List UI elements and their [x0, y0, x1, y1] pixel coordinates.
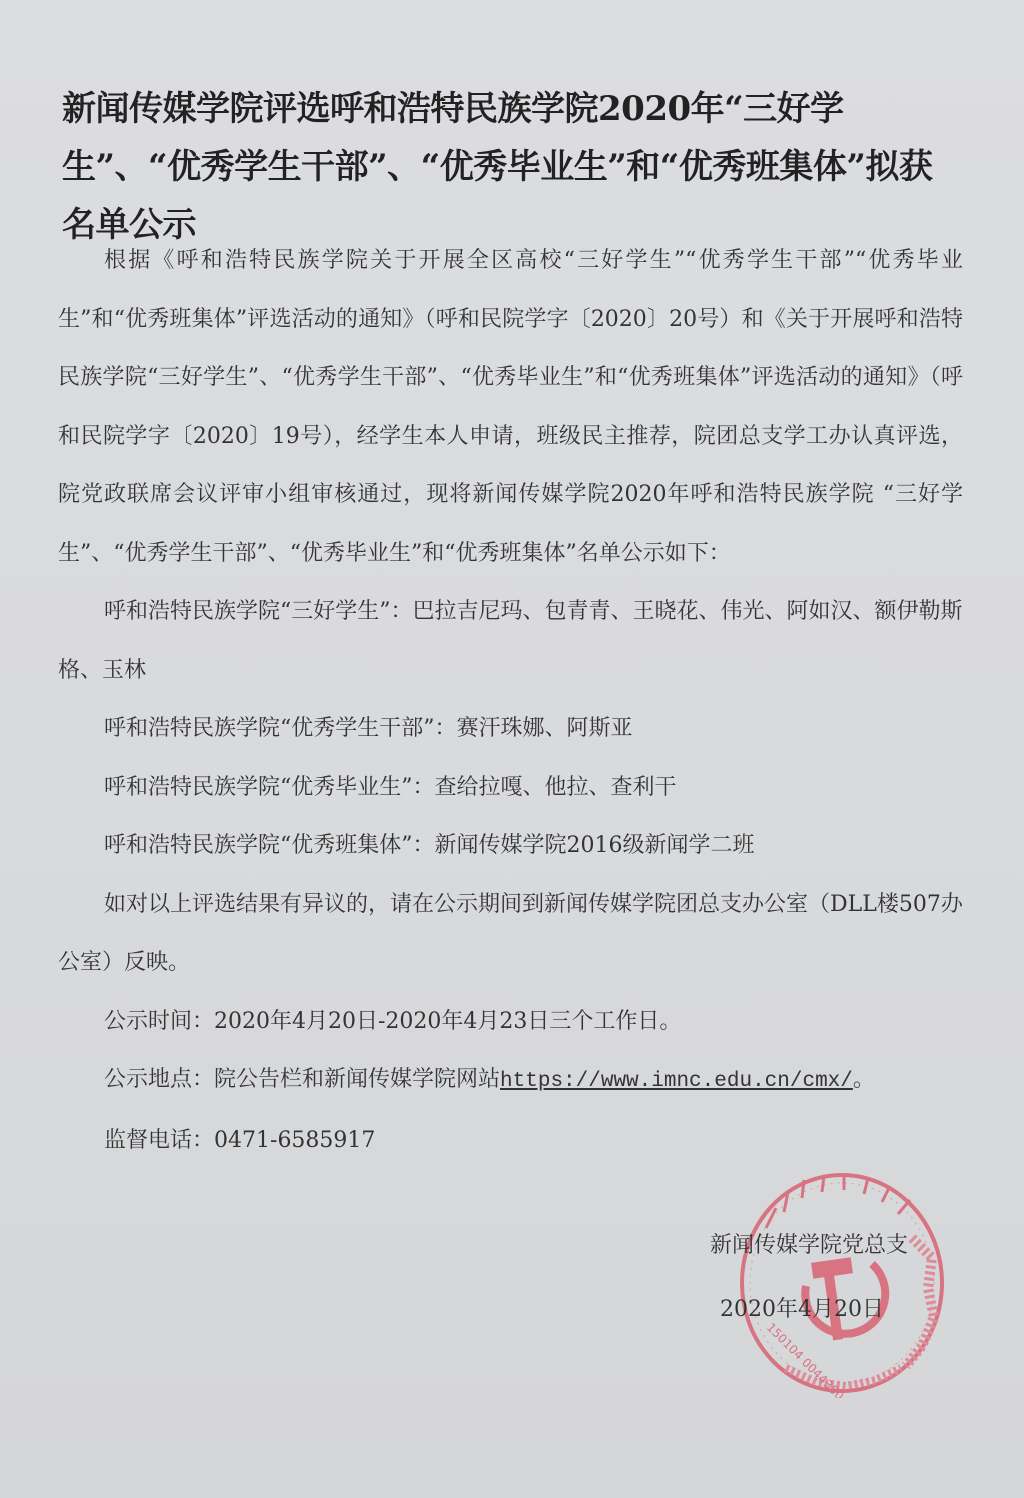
award-category: 呼和浩特民族学院“优秀学生干部”：: [104, 716, 457, 741]
phone-value: 0471-6585917: [214, 1128, 375, 1153]
document-title: 新闻传媒学院评选呼和浩特民族学院2020年“三好学生”、“优秀学生干部”、“优秀…: [62, 80, 962, 254]
award-list-outstanding-cadres: 呼和浩特民族学院“优秀学生干部”：赛汗珠娜、阿斯亚: [58, 700, 963, 759]
official-seal-icon: 150104 0044350: [736, 1168, 948, 1398]
period-value: 2020年4月20日-2020年4月23日三个工作日。: [214, 1009, 681, 1034]
award-list-three-good-students: 呼和浩特民族学院“三好学生”：巴拉吉尼玛、包青青、王晓花、伟光、阿如汉、额伊勒斯…: [58, 583, 963, 700]
svg-text:150104 0044350: 150104 0044350: [764, 1320, 847, 1398]
award-recipients: 查给拉嘎、他拉、查利干: [435, 775, 677, 800]
intro-paragraph: 根据《呼和浩特民族学院关于开展全区高校“三好学生”“优秀学生干部”“优秀毕业生”…: [58, 232, 963, 583]
award-category: 呼和浩特民族学院“三好学生”：: [104, 599, 413, 624]
publicity-location: 公示地点：院公告栏和新闻传媒学院网站https://www.imnc.edu.c…: [58, 1051, 963, 1112]
phone-label: 监督电话：: [104, 1128, 214, 1153]
award-recipients: 赛汗珠娜、阿斯亚: [457, 716, 633, 741]
publicity-period: 公示时间：2020年4月20日-2020年4月23日三个工作日。: [58, 993, 963, 1052]
supervision-phone: 监督电话：0471-6585917: [58, 1112, 963, 1171]
period-label: 公示时间：: [104, 1009, 214, 1034]
location-value: 院公告栏和新闻传媒学院网站: [214, 1067, 500, 1092]
signature-date: 2020年4月20日: [720, 1292, 884, 1323]
document-body: 根据《呼和浩特民族学院关于开展全区高校“三好学生”“优秀学生干部”“优秀毕业生”…: [58, 232, 963, 1170]
award-category: 呼和浩特民族学院“优秀毕业生”：: [104, 775, 435, 800]
signature-organization: 新闻传媒学院党总支: [710, 1228, 908, 1259]
location-label: 公示地点：: [104, 1067, 214, 1092]
location-suffix: 。: [853, 1067, 875, 1092]
objection-notice: 如对以上评选结果有异议的，请在公示期间到新闻传媒学院团总支办公室（DLL楼507…: [58, 876, 963, 993]
website-link[interactable]: https://www.imnc.edu.cn/cmx/: [500, 1070, 853, 1093]
award-list-outstanding-graduates: 呼和浩特民族学院“优秀毕业生”：查给拉嘎、他拉、查利干: [58, 759, 963, 818]
award-category: 呼和浩特民族学院“优秀班集体”：: [104, 833, 435, 858]
award-list-outstanding-class: 呼和浩特民族学院“优秀班集体”：新闻传媒学院2016级新闻学二班: [58, 817, 963, 876]
award-recipients: 新闻传媒学院2016级新闻学二班: [435, 833, 755, 858]
